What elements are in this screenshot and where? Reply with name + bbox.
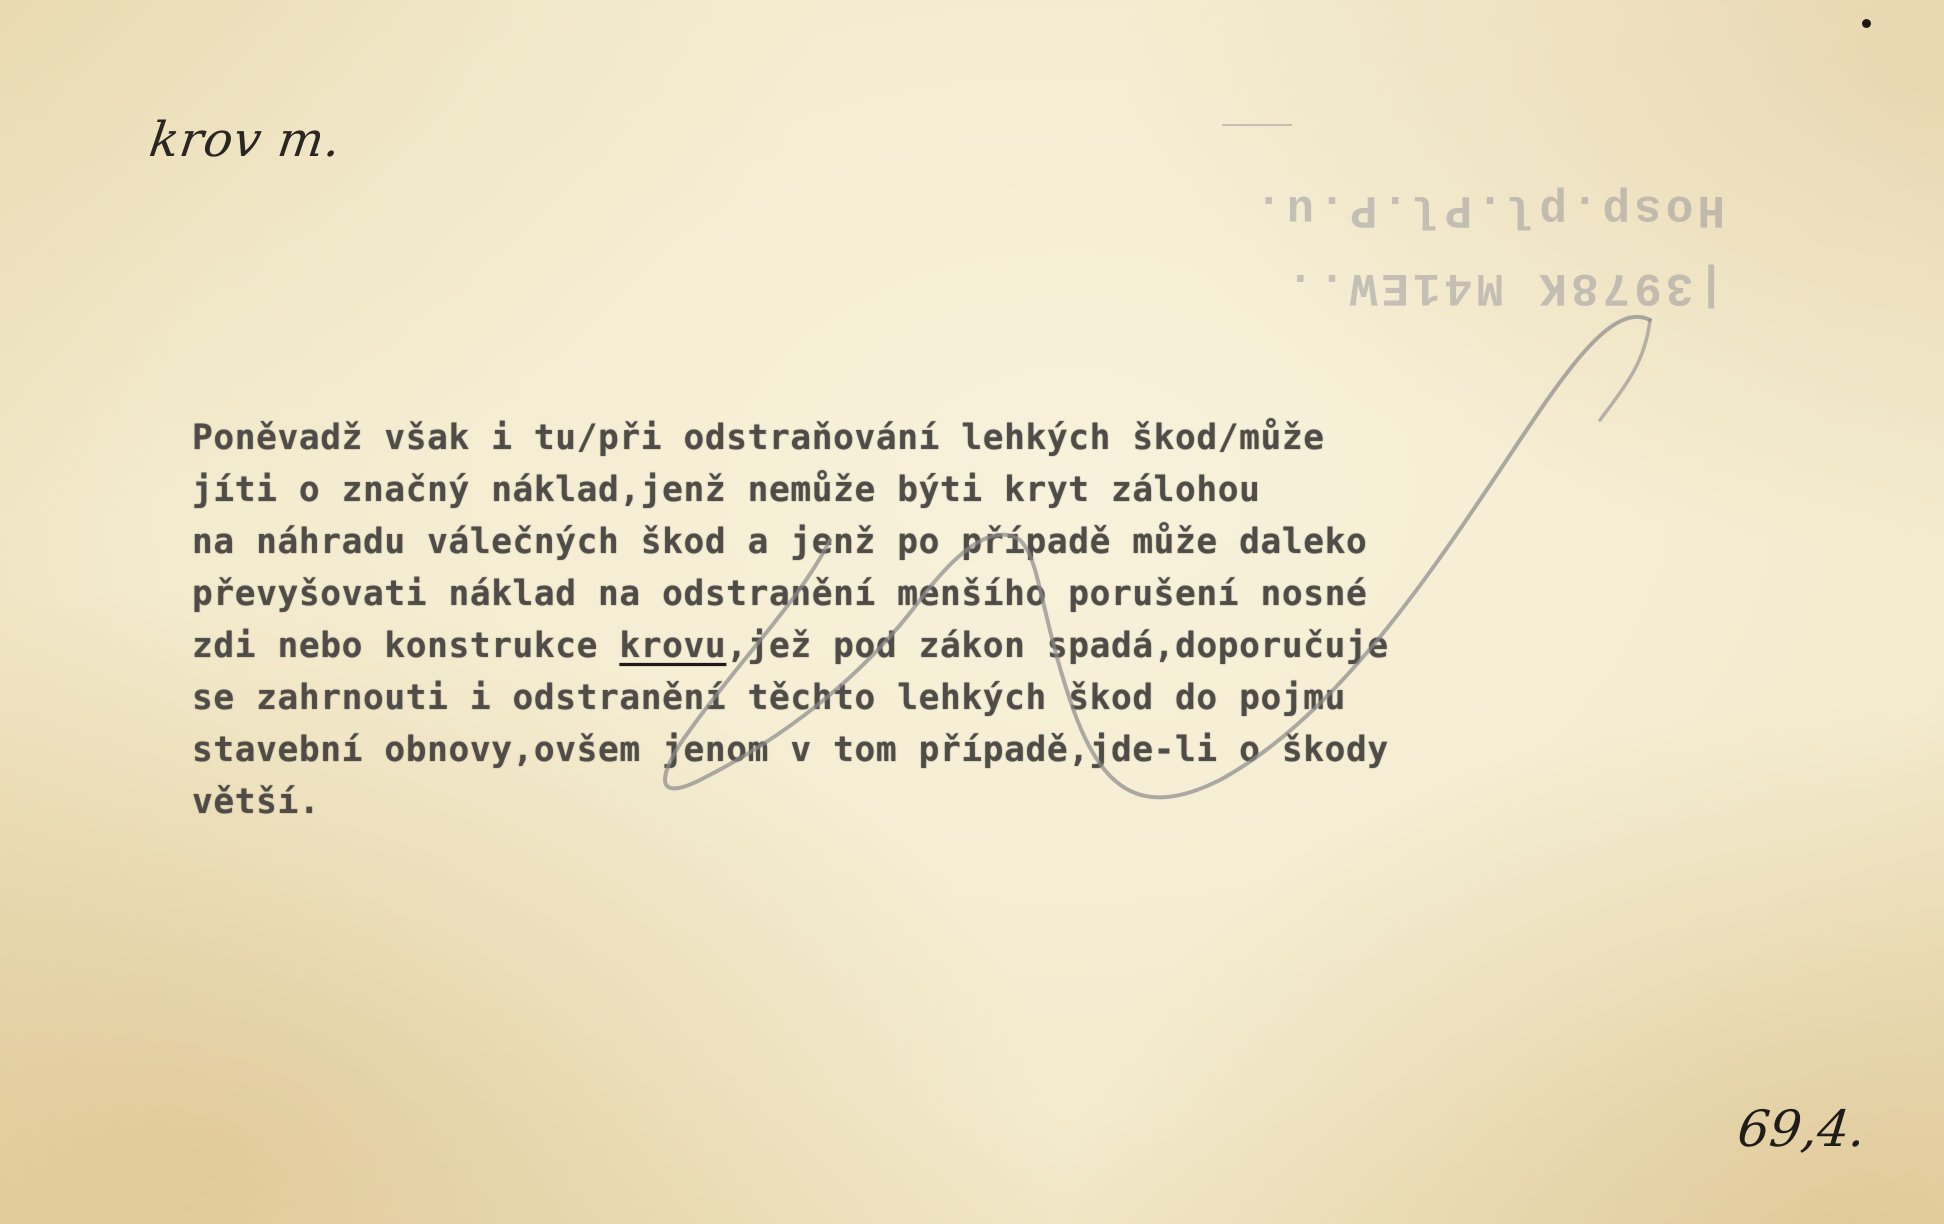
typed-line: zdi nebo konstrukce krovu,jež pod zákon … bbox=[192, 620, 1912, 672]
faded-stamp: |3978K M41EW.. Hosp.pl.Pl.P.u. bbox=[1205, 170, 1725, 326]
typed-paragraph: Poněvadž však i tu/při odstraňování lehk… bbox=[192, 412, 1912, 828]
typed-line: Poněvadž však i tu/při odstraňování lehk… bbox=[192, 412, 1912, 464]
typed-line: převyšovati náklad na odstranění menšího… bbox=[192, 568, 1912, 620]
ink-dot-mark bbox=[1862, 19, 1871, 28]
typed-segment: ,jež pod zákon spadá,doporučuje bbox=[726, 626, 1389, 666]
stamp-line: Hosp.pl.Pl.P.u. bbox=[1205, 170, 1725, 248]
typed-line: jíti o značný náklad,jenž nemůže býti kr… bbox=[192, 464, 1912, 516]
typed-line: na náhradu válečných škod a jenž po příp… bbox=[192, 516, 1912, 568]
typed-line: stavební obnovy,ovšem jenom v tom případ… bbox=[192, 724, 1912, 776]
underlined-word: krovu bbox=[619, 626, 726, 666]
typed-line: větší. bbox=[192, 776, 1912, 828]
typed-line: se zahrnouti i odstranění těchto lehkých… bbox=[192, 672, 1912, 724]
stamp-rule-mark bbox=[1222, 124, 1292, 126]
stamp-line: |3978K M41EW.. bbox=[1205, 248, 1725, 326]
handwritten-header: krov m. bbox=[146, 112, 345, 168]
page-number: 69,4. bbox=[1735, 1100, 1868, 1158]
typed-segment: zdi nebo konstrukce bbox=[192, 626, 619, 666]
